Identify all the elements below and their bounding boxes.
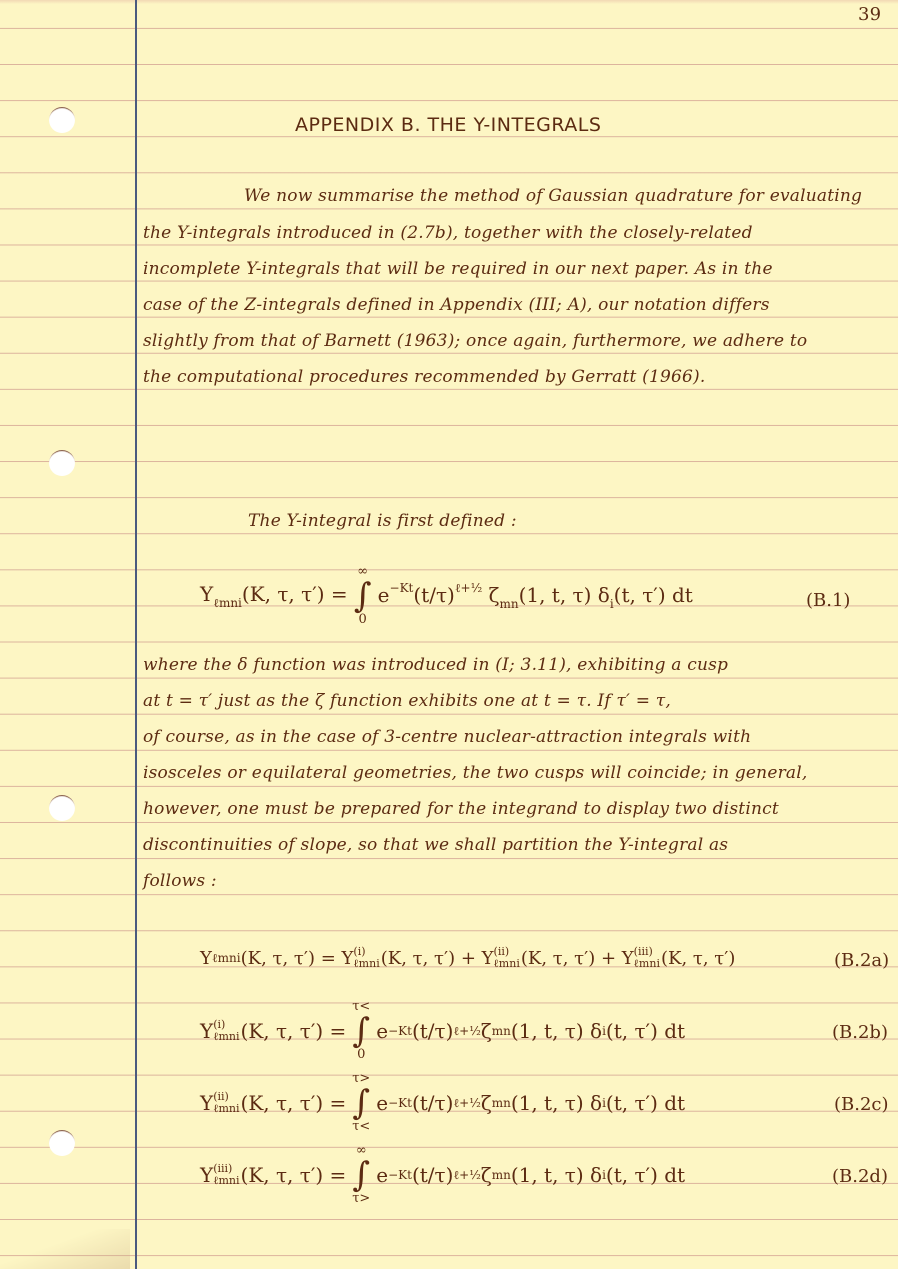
equation-b2d: Y(iii)ℓmni(K, τ, τ′) = ∞ ∫ τ> e−Kt(t/τ)ℓ… — [200, 1144, 685, 1206]
equation-b2a: Yℓmni(K, τ, τ′) = Y(i)ℓmni(K, τ, τ′) + Y… — [200, 946, 735, 970]
integral-sign: ∞ ∫ τ> — [350, 1144, 372, 1206]
equation-b2b: Y(i)ℓmni(K, τ, τ′) = τ< ∫ 0 e−Kt(t/τ)ℓ+½… — [200, 1000, 685, 1062]
paragraph-line: where the δ function was introduced in (… — [143, 655, 728, 675]
equation-b1: Yℓmni(K, τ, τ′) = ∞ ∫ 0 e−Kt(t/τ)ℓ+½ ζmn… — [200, 565, 693, 627]
punch-hole-2 — [49, 450, 75, 476]
page-number: 39 — [858, 4, 881, 25]
equation-b2c: Y(ii)ℓmni(K, τ, τ′) = τ> ∫ τ< e−Kt(t/τ)ℓ… — [200, 1072, 685, 1134]
paragraph-line: case of the Z-integrals defined in Appen… — [143, 295, 770, 315]
paragraph-line: at t = τ′ just as the ζ function exhibit… — [143, 691, 671, 711]
paragraph-line: discontinuities of slope, so that we sha… — [143, 835, 728, 855]
paragraph-line: the computational procedures recommended… — [143, 367, 705, 387]
paragraph-line: isosceles or equilateral geometries, the… — [143, 763, 808, 783]
margin-line — [135, 0, 137, 1269]
equation-label-b2b: (B.2b) — [832, 1022, 888, 1043]
equation-integrand: e−Kt(t/τ)ℓ+½ ζmn(1, t, τ) δi(t, τ′) dt — [378, 581, 693, 611]
punch-hole-3 — [49, 795, 75, 821]
equation-label-b2d: (B.2d) — [832, 1166, 888, 1187]
integral-sign: τ> ∫ τ< — [350, 1072, 372, 1134]
paragraph-line: follows : — [143, 871, 217, 891]
paragraph-line: of course, as in the case of 3-centre nu… — [143, 727, 751, 747]
paragraph-line: however, one must be prepared for the in… — [143, 799, 779, 819]
intro-line: The Y-integral is first defined : — [248, 511, 517, 531]
page-title: APPENDIX B. THE Y-INTEGRALS — [295, 114, 601, 136]
paragraph-line: incomplete Y-integrals that will be requ… — [143, 259, 773, 279]
integral-sign: ∞ ∫ 0 — [352, 565, 374, 627]
equation-label-b2c: (B.2c) — [834, 1094, 889, 1115]
equation-lhs: Yℓmni(K, τ, τ′) = — [200, 582, 348, 611]
paragraph-line: slightly from that of Barnett (1963); on… — [143, 331, 807, 351]
paragraph-line: We now summarise the method of Gaussian … — [244, 186, 862, 206]
punch-hole-1 — [49, 107, 75, 133]
punch-hole-4 — [49, 1130, 75, 1156]
notebook-page: 39 APPENDIX B. THE Y-INTEGRALS We now su… — [0, 0, 898, 1269]
paragraph-line: the Y-integrals introduced in (2.7b), to… — [143, 223, 753, 243]
equation-label-b2a: (B.2a) — [834, 950, 889, 971]
equation-label-b1: (B.1) — [806, 590, 850, 611]
integral-sign: τ< ∫ 0 — [350, 1000, 372, 1062]
